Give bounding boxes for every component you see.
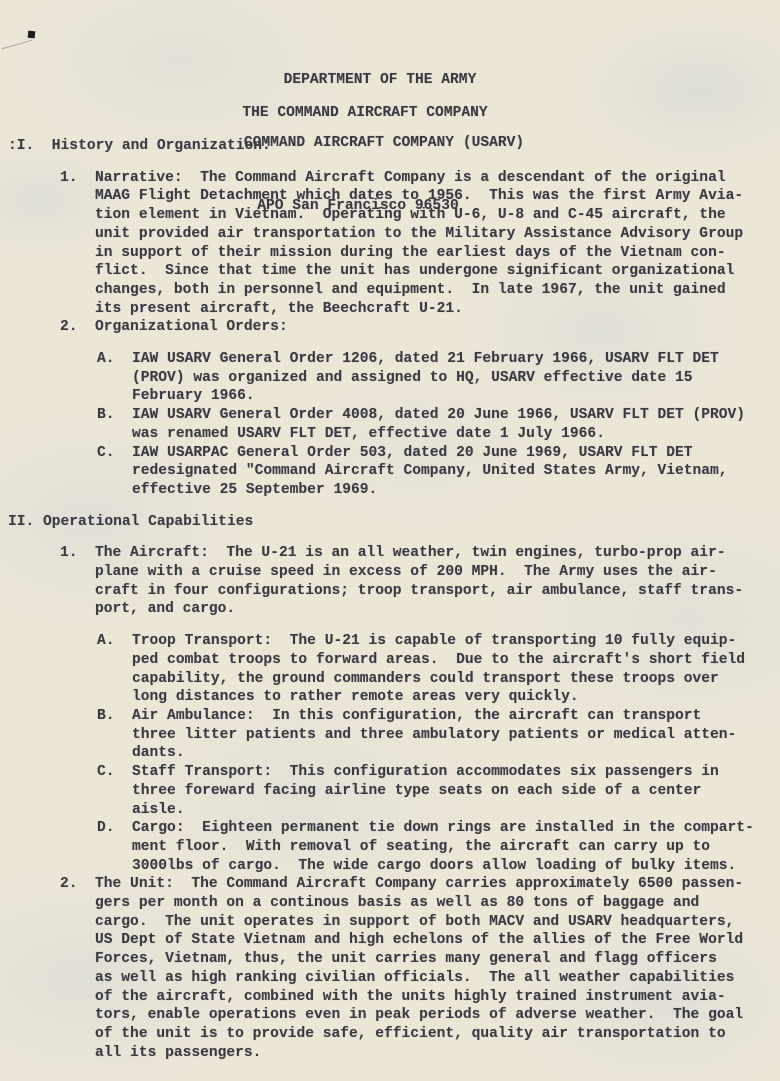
doc-section-heading: :I.History and Organization: <box>8 137 780 156</box>
doc-text: The Unit: The Command Aircraft Company c… <box>95 876 743 892</box>
doc-line: Forces, Vietnam, thus, the unit carries … <box>60 950 780 969</box>
doc-line: was renamed USARV FLT DET, effective dat… <box>97 425 780 444</box>
doc-paragraph: 2.The Unit: The Command Aircraft Company… <box>60 875 780 1062</box>
doc-line: B.IAW USARV General Order 4008, dated 20… <box>97 406 780 425</box>
paragraph-label: 2. <box>60 875 95 894</box>
doc-paragraph: A.IAW USARV General Order 1206, dated 21… <box>97 350 780 406</box>
doc-line: 3000lbs of cargo. The wide cargo doors a… <box>97 857 780 876</box>
doc-text: Operational Capabilities <box>43 514 253 530</box>
header-line: DEPARTMENT OF THE ARMY <box>0 70 770 91</box>
doc-text: IAW USARV General Order 4008, dated 20 J… <box>132 407 745 423</box>
doc-line: MAAG Flight Detachment which dates to 19… <box>60 187 780 206</box>
paragraph-label: A. <box>97 632 132 651</box>
doc-text: IAW USARV General Order 1206, dated 21 F… <box>132 351 719 367</box>
line-gap <box>0 619 780 632</box>
doc-paragraph: C.Staff Transport: This configuration ac… <box>97 763 780 819</box>
doc-line: changes, both in personnel and equipment… <box>60 281 780 300</box>
doc-line: 1.Narrative: The Command Aircraft Compan… <box>60 169 780 188</box>
doc-line: US Dept of State Vietnam and high echelo… <box>60 931 780 950</box>
doc-line: craft in four configurations; troop tran… <box>60 582 780 601</box>
doc-line: all its passengers. <box>60 1044 780 1063</box>
doc-line: three foreward facing airline type seats… <box>97 782 780 801</box>
doc-paragraph: 2.Organizational Orders: <box>60 318 780 337</box>
paragraph-label: 2. <box>60 318 95 337</box>
paragraph-label: B. <box>97 406 132 425</box>
doc-line: flict. Since that time the unit has unde… <box>60 262 780 281</box>
doc-line: tion element in Vietnam. Operating with … <box>60 206 780 225</box>
doc-line: effective 25 September 1969. <box>97 481 780 500</box>
doc-text: Narrative: The Command Aircraft Company … <box>95 170 726 186</box>
doc-line: B.Air Ambulance: In this configuration, … <box>97 707 780 726</box>
doc-line: A.Troop Transport: The U-21 is capable o… <box>97 632 780 651</box>
paragraph-label: II. <box>8 513 43 532</box>
paragraph-label: D. <box>97 819 132 838</box>
doc-line: 1.The Aircraft: The U-21 is an all weath… <box>60 544 780 563</box>
paragraph-label: A. <box>97 350 132 369</box>
doc-line: (PROV) was organized and assigned to HQ,… <box>97 369 780 388</box>
line-gap <box>0 531 780 544</box>
doc-text: History and Organization: <box>52 138 271 154</box>
doc-text: Air Ambulance: In this configuration, th… <box>132 708 701 724</box>
doc-line: 2.The Unit: The Command Aircraft Company… <box>60 875 780 894</box>
paragraph-label: 1. <box>60 544 95 563</box>
doc-line: ped combat troops to forward areas. Due … <box>97 651 780 670</box>
doc-title: THE COMMAND AIRCRAFT COMPANY <box>0 103 755 124</box>
paragraph-label: C. <box>97 763 132 782</box>
doc-line: its present aircraft, the Beechcraft U-2… <box>60 300 780 319</box>
doc-text: Troop Transport: The U-21 is capable of … <box>132 633 736 649</box>
doc-line: of the unit is to provide safe, efficien… <box>60 1025 780 1044</box>
doc-line: aisle. <box>97 801 780 820</box>
doc-text: Organizational Orders: <box>95 319 288 335</box>
doc-paragraph: B.Air Ambulance: In this configuration, … <box>97 707 780 763</box>
doc-line: C.IAW USARPAC General Order 503, dated 2… <box>97 444 780 463</box>
doc-line: redesignated "Command Aircraft Company, … <box>97 462 780 481</box>
doc-line: capability, the ground commanders could … <box>97 670 780 689</box>
doc-line: ment floor. With removal of seating, the… <box>97 838 780 857</box>
doc-line: three litter patients and three ambulato… <box>97 726 780 745</box>
doc-line: cargo. The unit operates in support of b… <box>60 913 780 932</box>
doc-line: port, and cargo. <box>60 600 780 619</box>
doc-line: of the aircraft, combined with the units… <box>60 988 780 1007</box>
doc-paragraph: A.Troop Transport: The U-21 is capable o… <box>97 632 780 707</box>
line-gap <box>0 337 780 350</box>
paragraph-label: :I. <box>8 137 52 156</box>
line-gap <box>0 156 780 169</box>
document-page: DEPARTMENT OF THE ARMY COMMAND AIRCRAFT … <box>0 0 780 1081</box>
doc-text: IAW USARPAC General Order 503, dated 20 … <box>132 445 693 461</box>
doc-line: :I.History and Organization: <box>8 137 780 156</box>
doc-paragraph: B.IAW USARV General Order 4008, dated 20… <box>97 406 780 443</box>
doc-line: 2.Organizational Orders: <box>60 318 780 337</box>
doc-line: D.Cargo: Eighteen permanent tie down rin… <box>97 819 780 838</box>
doc-text: Cargo: Eighteen permanent tie down rings… <box>132 820 754 836</box>
line-gap <box>0 500 780 513</box>
doc-paragraph: 1.Narrative: The Command Aircraft Compan… <box>60 169 780 319</box>
doc-line: tors, enable operations even in peak per… <box>60 1006 780 1025</box>
doc-text: Staff Transport: This configuration acco… <box>132 764 719 780</box>
doc-line: C.Staff Transport: This configuration ac… <box>97 763 780 782</box>
paragraph-label: B. <box>97 707 132 726</box>
doc-line: dants. <box>97 744 780 763</box>
doc-line: in support of their mission during the e… <box>60 244 780 263</box>
doc-line: II.Operational Capabilities <box>8 513 780 532</box>
doc-line: February 1966. <box>97 387 780 406</box>
paragraph-label: C. <box>97 444 132 463</box>
doc-paragraph: C.IAW USARPAC General Order 503, dated 2… <box>97 444 780 500</box>
doc-paragraph: 1.The Aircraft: The U-21 is an all weath… <box>60 544 780 619</box>
doc-line: as well as high ranking civilian officia… <box>60 969 780 988</box>
doc-paragraph: D.Cargo: Eighteen permanent tie down rin… <box>97 819 780 875</box>
doc-line: A.IAW USARV General Order 1206, dated 21… <box>97 350 780 369</box>
doc-section-heading: II.Operational Capabilities <box>8 513 780 532</box>
doc-line: gers per month on a continous basis as w… <box>60 894 780 913</box>
document-body: :I.History and Organization:1.Narrative:… <box>0 137 780 1062</box>
doc-line: plane with a cruise speed in excess of 2… <box>60 563 780 582</box>
paragraph-label: 1. <box>60 169 95 188</box>
doc-text: The Aircraft: The U-21 is an all weather… <box>95 545 726 561</box>
doc-line: unit provided air transportation to the … <box>60 225 780 244</box>
doc-line: long distances to rather remote areas ve… <box>97 688 780 707</box>
